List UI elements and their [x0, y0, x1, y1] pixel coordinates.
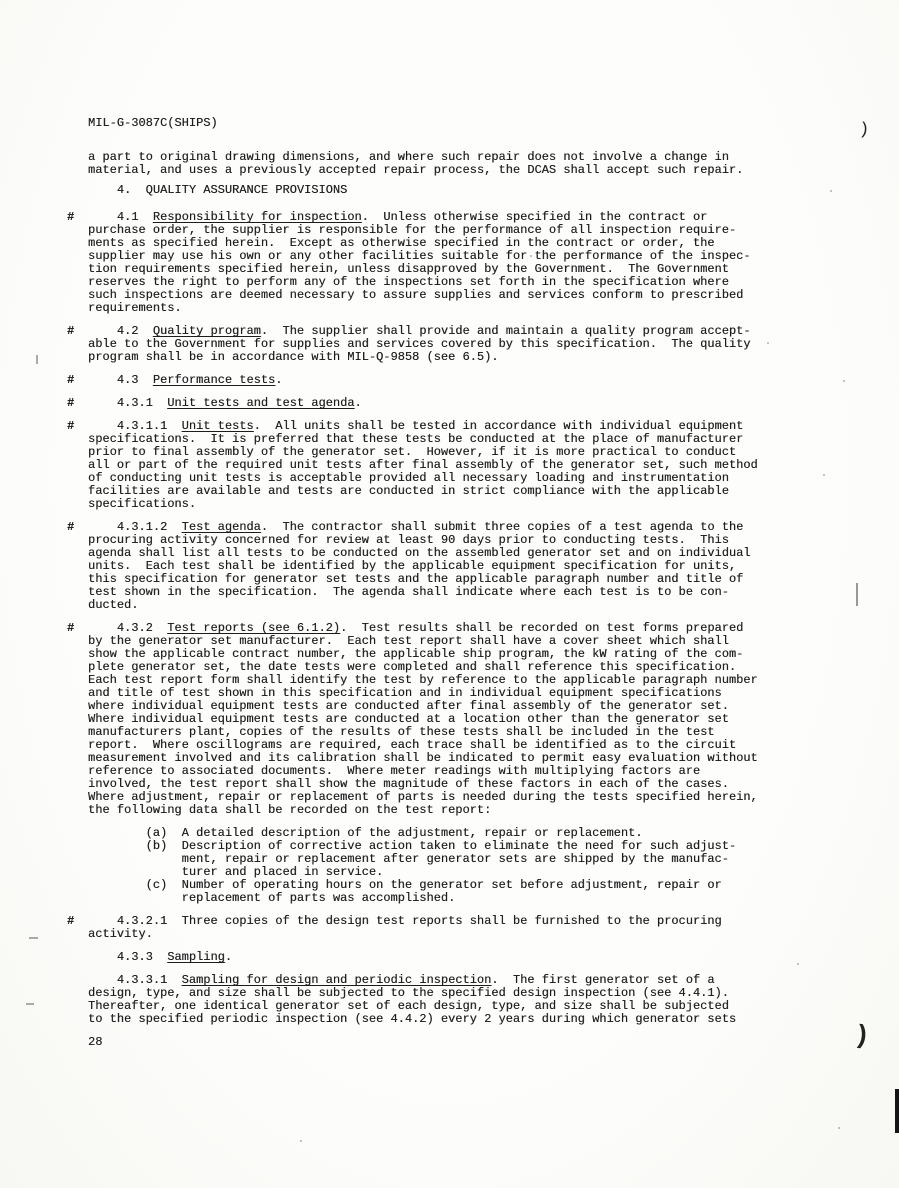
- section-number: 4.2: [88, 324, 153, 338]
- section-body: .: [225, 950, 232, 964]
- section-number: 4.3.2.1: [88, 914, 182, 928]
- change-marker: #: [67, 622, 74, 635]
- document-id: MIL-G-3087C(SHIPS): [88, 117, 888, 130]
- change-marker: #: [67, 374, 74, 387]
- section-4-3-1-1: # 4.3.1.1 Unit tests. All units shall be…: [88, 420, 888, 511]
- intro-paragraph: a part to original drawing dimensions, a…: [88, 151, 888, 177]
- section-body: . Test results shall be recorded on test…: [88, 621, 758, 817]
- scan-artifact-tick: [856, 583, 858, 606]
- intro-text: a part to original drawing dimensions, a…: [88, 150, 743, 177]
- section-body: .: [354, 396, 361, 410]
- page-content: MIL-G-3087C(SHIPS) a part to original dr…: [88, 117, 888, 1059]
- scan-speck: [530, 255, 532, 257]
- section-title: Sampling: [167, 950, 225, 964]
- change-marker: #: [67, 915, 74, 928]
- section-title: Quality program: [153, 324, 261, 338]
- section-4-3-2-1: # 4.3.2.1 Three copies of the design tes…: [88, 915, 888, 941]
- change-marker: #: [67, 211, 74, 224]
- section-4-3: # 4.3 Performance tests.: [88, 374, 888, 387]
- scan-speck: [823, 474, 825, 476]
- scan-speck: [838, 1127, 840, 1129]
- section-4-heading: 4. QUALITY ASSURANCE PROVISIONS: [88, 184, 888, 197]
- scan-smudge: [36, 355, 38, 364]
- scan-speck: [830, 190, 832, 192]
- section-4-3-3: 4.3.3 Sampling.: [88, 951, 888, 964]
- page-number-text: 28: [88, 1035, 102, 1049]
- change-marker: #: [67, 521, 74, 534]
- scan-speck: [300, 1140, 302, 1142]
- section-body: . Unless otherwise specified in the cont…: [88, 210, 751, 315]
- section-body: . The contractor shall submit three copi…: [88, 520, 751, 612]
- scan-artifact-edge-bar: [895, 1089, 899, 1133]
- section-4-3-3-1: 4.3.3.1 Sampling for design and periodic…: [88, 974, 888, 1026]
- section-4-3-2: # 4.3.2 Test reports (see 6.1.2). Test r…: [88, 622, 888, 817]
- section-title: Test agenda: [182, 520, 261, 534]
- section-number: 4.3.2: [88, 621, 167, 635]
- section-body: .: [275, 373, 282, 387]
- page-number: 28: [88, 1036, 888, 1049]
- section-number: 4.3.3: [88, 950, 167, 964]
- section-4-3-1-2: # 4.3.1.2 Test agenda. The contractor sh…: [88, 521, 888, 612]
- section-body: . All units shall be tested in accordanc…: [88, 419, 758, 511]
- section-body: Three copies of the design test reports …: [88, 914, 722, 941]
- scan-smudge: [29, 937, 38, 939]
- scan-artifact-paren-top: ): [859, 124, 870, 138]
- section-number: 4.1: [88, 210, 153, 224]
- section-title: Unit tests and test agenda: [167, 396, 354, 410]
- section-4-heading-text: 4. QUALITY ASSURANCE PROVISIONS: [88, 183, 347, 197]
- scan-artifact-paren-bottom: ): [853, 1029, 870, 1044]
- section-title: Unit tests: [182, 419, 254, 433]
- change-marker: #: [67, 325, 74, 338]
- scan-speck: [767, 342, 769, 344]
- test-report-data-list: (a) A detailed description of the adjust…: [88, 827, 888, 905]
- change-marker: #: [67, 420, 74, 433]
- section-title: Responsibility for inspection: [153, 210, 362, 224]
- list-items-text: (a) A detailed description of the adjust…: [88, 826, 736, 905]
- section-title: Sampling for design and periodic inspect…: [182, 973, 492, 987]
- section-number: 4.3.3.1: [88, 973, 182, 987]
- section-4-2: # 4.2 Quality program. The supplier shal…: [88, 325, 888, 364]
- section-number: 4.3.1.1: [88, 419, 182, 433]
- scan-speck: [637, 152, 639, 154]
- section-4-3-1: # 4.3.1 Unit tests and test agenda.: [88, 397, 888, 410]
- section-number: 4.3.1: [88, 396, 167, 410]
- scan-speck: [797, 963, 799, 965]
- scan-speck: [843, 380, 845, 382]
- section-4-1: # 4.1 Responsibility for inspection. Unl…: [88, 211, 888, 315]
- change-marker: #: [67, 397, 74, 410]
- section-title: Performance tests: [153, 373, 275, 387]
- scan-smudge: [26, 1003, 34, 1005]
- scanned-document-page: MIL-G-3087C(SHIPS) a part to original dr…: [0, 0, 899, 1188]
- scan-speck: [614, 882, 616, 884]
- section-number: 4.3.1.2: [88, 520, 182, 534]
- document-id-text: MIL-G-3087C(SHIPS): [88, 116, 218, 130]
- section-title: Test reports (see 6.1.2): [167, 621, 340, 635]
- section-number: 4.3: [88, 373, 153, 387]
